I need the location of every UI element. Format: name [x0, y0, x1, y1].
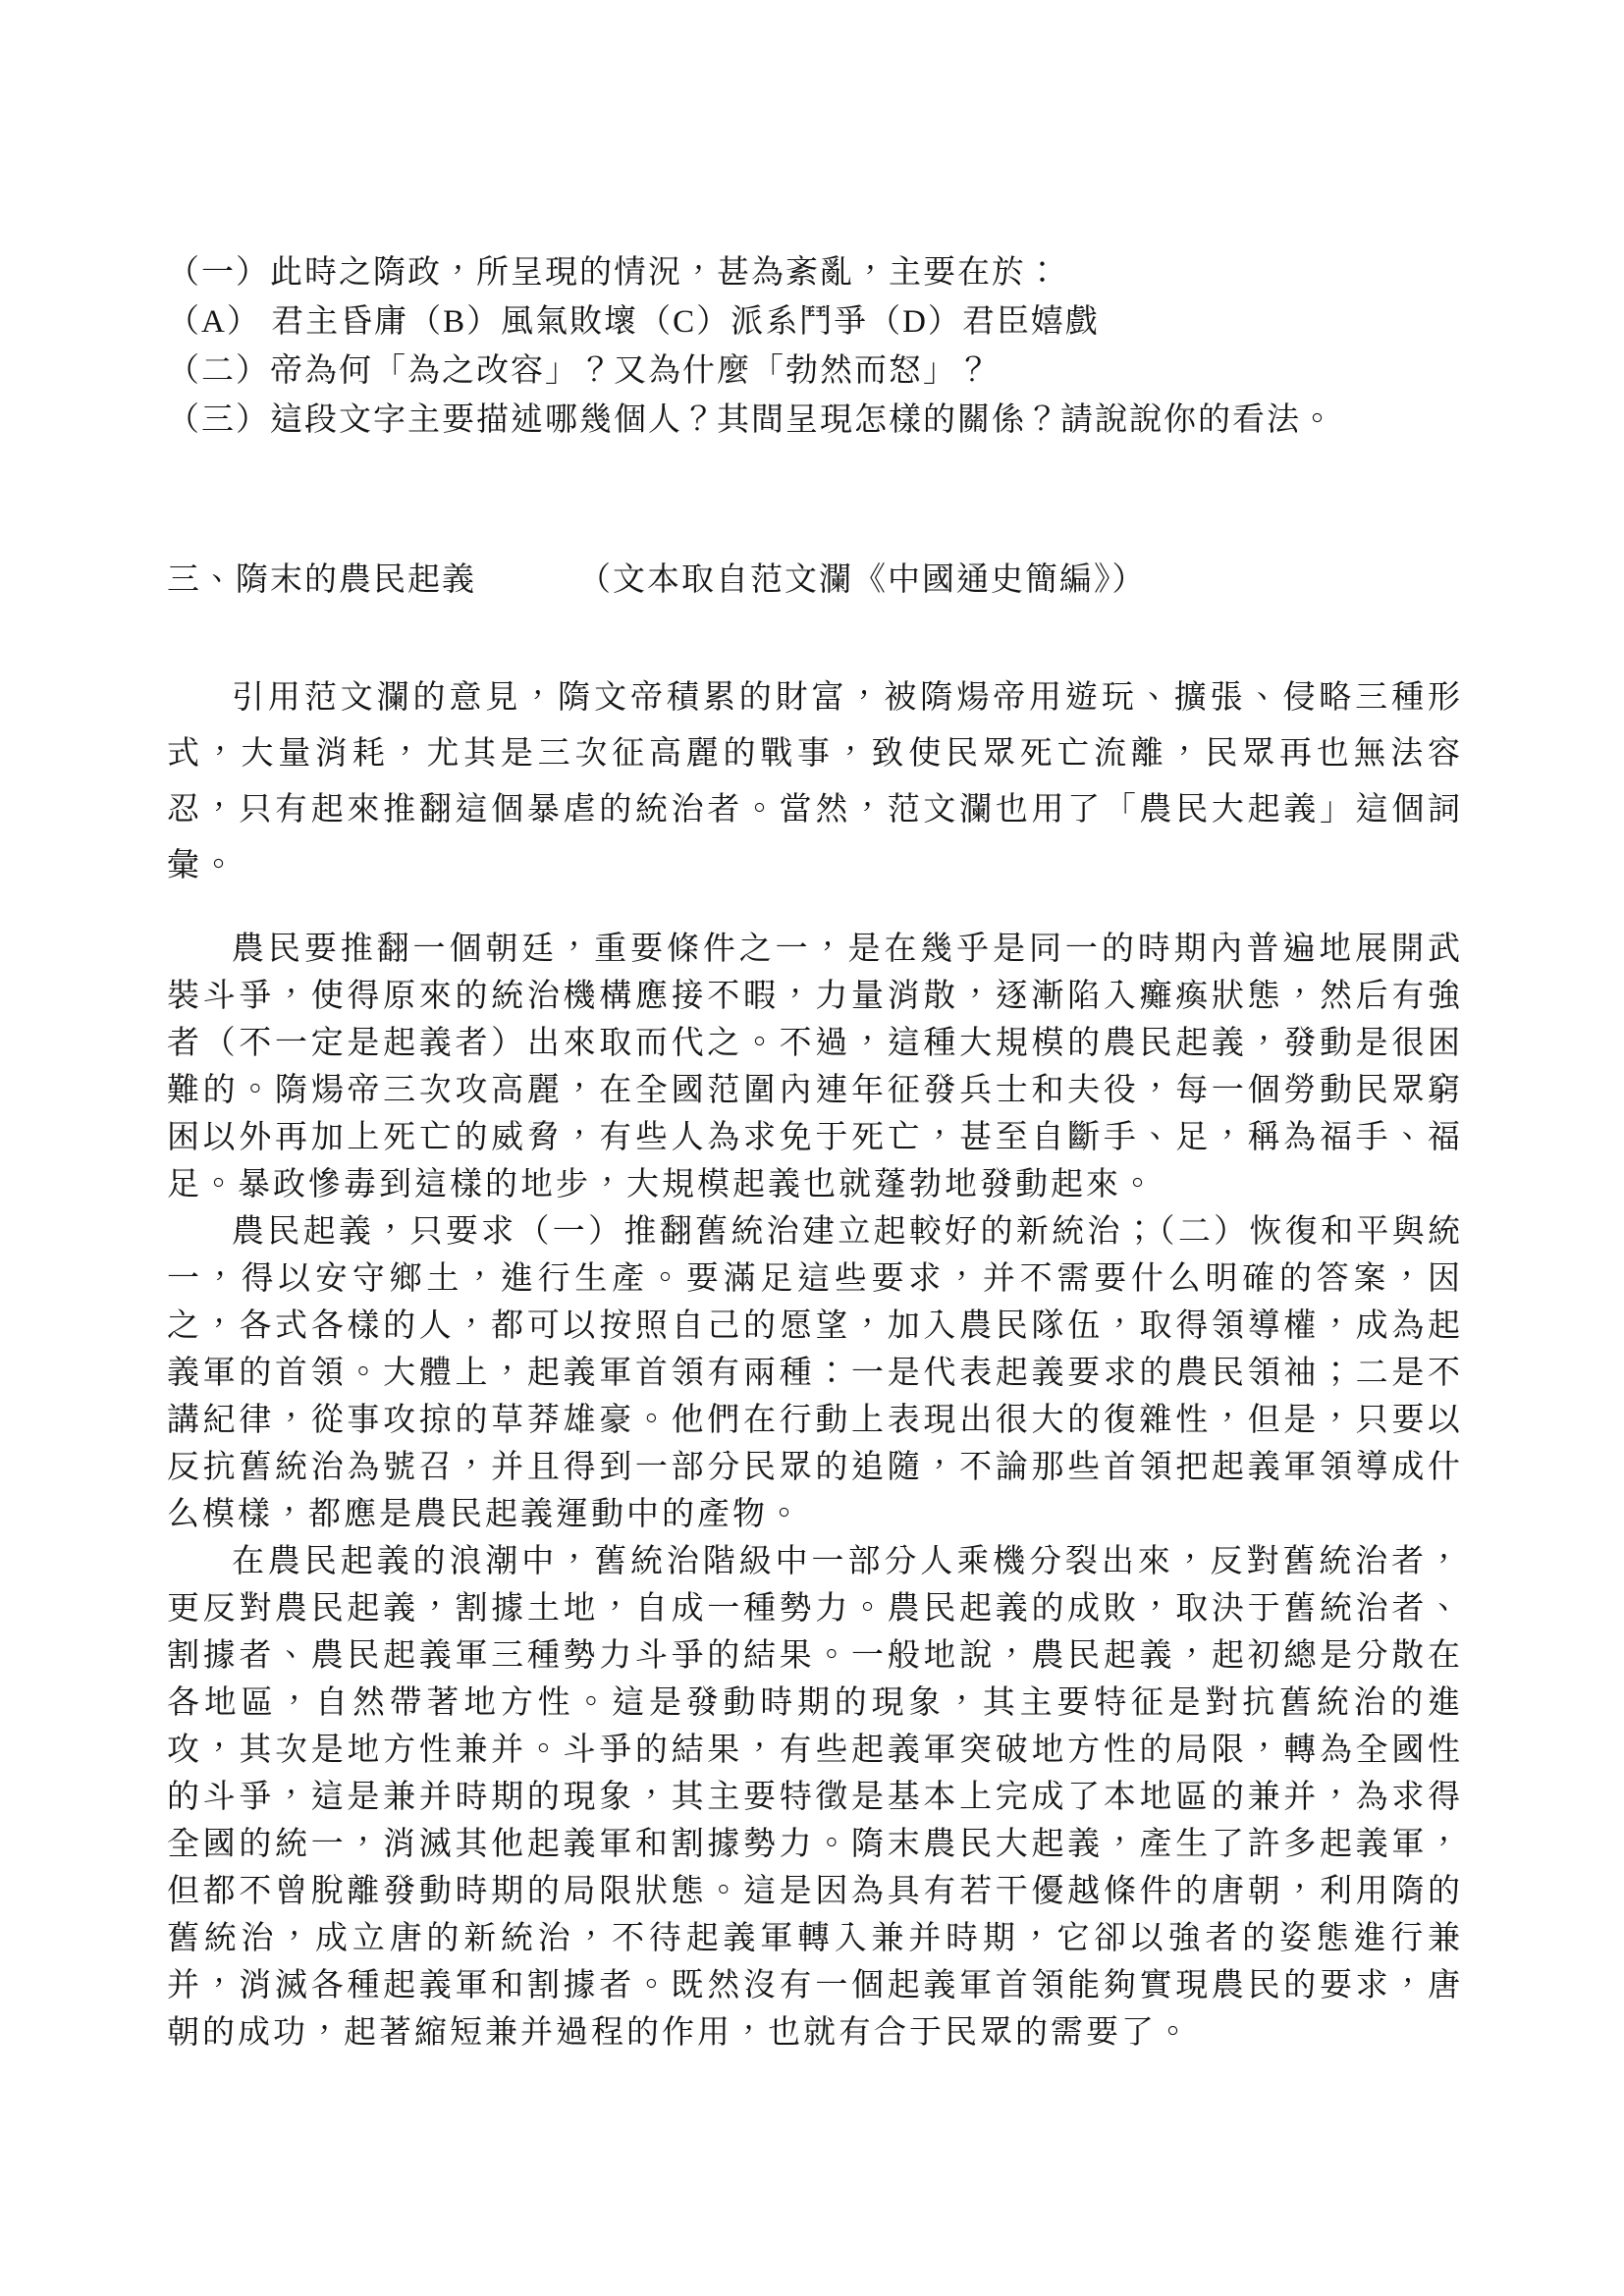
document-page: （一）此時之隋政，所呈現的情況，甚為紊亂，主要在於： （A） 君主昏庸（B）風氣… [0, 0, 1624, 2296]
section-heading: 三、隋末的農民起義（文本取自范文瀾《中國通史簡編》） [167, 561, 1463, 600]
section-heading-source: （文本取自范文瀾《中國通史簡編》） [578, 562, 1147, 598]
paragraph-uprising-outcome: 在農民起義的浪潮中，舊統治階級中一部分人乘機分裂出來，反對舊統治者，更反對農民起… [167, 1538, 1463, 2056]
body-text: 引用范文瀾的意見，隋文帝積累的財富，被隋煬帝用遊玩、擴張、侵略三種形式，大量消耗… [167, 670, 1463, 2056]
question-block: （一）此時之隋政，所呈現的情況，甚為紊亂，主要在於： （A） 君主昏庸（B）風氣… [167, 248, 1463, 445]
paragraph-uprising-conditions: 農民要推翻一個朝廷，重要條件之一，是在幾乎是同一的時期內普遍地展開武裝斗爭，使得… [167, 926, 1463, 1208]
paragraph-uprising-demands: 農民起義，只要求（一）推翻舊統治建立起較好的新統治；（二）恢復和平與統一，得以安… [167, 1208, 1463, 1538]
question-line-1: （一）此時之隋政，所呈現的情況，甚為紊亂，主要在於： [167, 248, 1463, 297]
question-line-3: （三）這段文字主要描述哪幾個人？其間呈現怎樣的關係？請說說你的看法。 [167, 396, 1463, 445]
section-heading-title: 三、隋末的農民起義 [167, 562, 476, 598]
paragraph-intro: 引用范文瀾的意見，隋文帝積累的財富，被隋煬帝用遊玩、擴張、侵略三種形式，大量消耗… [167, 670, 1463, 894]
question-line-2: （二）帝為何「為之改容」？又為什麼「勃然而怒」？ [167, 347, 1463, 396]
question-options-line: （A） 君主昏庸（B）風氣敗壞（C）派系鬥爭（D）君臣嬉戲 [167, 297, 1463, 347]
